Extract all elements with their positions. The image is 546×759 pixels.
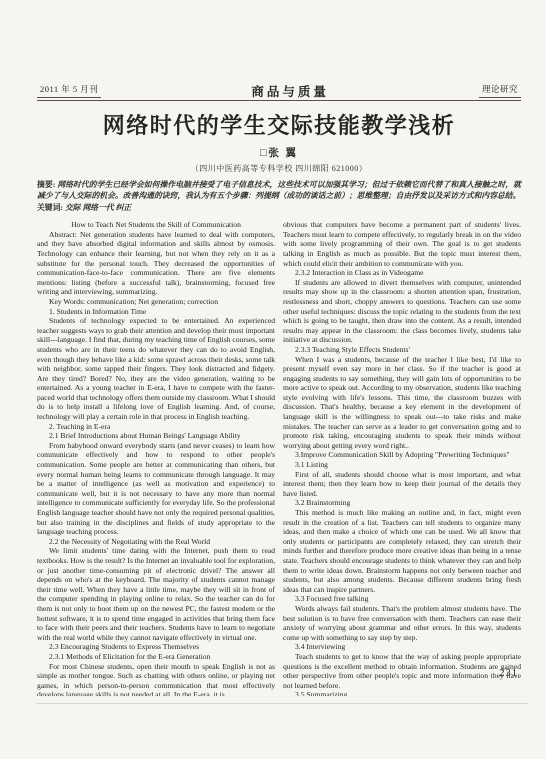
paragraph: 3.4 Interviewing xyxy=(283,642,521,652)
paragraph: Students of technology expected to be en… xyxy=(37,316,275,422)
paragraph: 1. Students in Information Time xyxy=(37,307,275,317)
paragraph: Teach students to get to know that the w… xyxy=(283,652,521,690)
paragraph: 2.3.1 Methods of Elicitation for the E-e… xyxy=(37,652,275,662)
keywords-text: 交际 网络一代 纠正 xyxy=(65,203,131,212)
abstract-label: 摘要: xyxy=(37,180,55,189)
left-column: How to Teach Net Students the Skill of C… xyxy=(37,220,275,696)
page-bottom-edge xyxy=(36,703,528,704)
keywords-label: 关键词: xyxy=(37,203,63,212)
paragraph: 3.Improve Communication Skill by Adoptin… xyxy=(283,450,521,460)
right-column: obvious that computers have become a per… xyxy=(283,220,521,696)
paragraph: 2.3.3 Teaching Style Effects Students' xyxy=(283,345,521,355)
keywords-line: 关键词: 交际 网络一代 纠正 xyxy=(37,202,521,213)
page-content: 2011 年 5 月刊 商品与质量 理论研究 网络时代的学生交际技能教学浅析 □… xyxy=(37,80,521,696)
article-title: 网络时代的学生交际技能教学浅析 xyxy=(37,109,521,140)
journal-issue: 2011 年 5 月刊 xyxy=(37,83,101,98)
author-affiliation: （四川中医药高等专科学校 四川绵阳 621000） xyxy=(37,163,521,174)
paragraph: Key Words: communication; Net generation… xyxy=(37,297,275,307)
paragraph: For most Chinese students, open their mo… xyxy=(37,662,275,697)
paragraph: 2.1 Brief Introductions about Human Bein… xyxy=(37,431,275,441)
journal-name: 商品与质量 xyxy=(251,82,329,100)
journal-section: 理论研究 xyxy=(479,83,521,98)
paragraph: From babyhood onward everybody starts (a… xyxy=(37,441,275,537)
paragraph: 2.3.2 Interaction in Class as in Videoga… xyxy=(283,268,521,278)
paragraph: 2. Teaching in E-era xyxy=(37,422,275,432)
paragraph: If students are allowed to divert themse… xyxy=(283,278,521,345)
paragraph: Words always fail students. That's the p… xyxy=(283,604,521,642)
paragraph: First of all, students should choose wha… xyxy=(283,470,521,499)
abstract-block: 摘要: 网络时代的学生已经学会如何操作电脑并接受了电子信息技术，这些技术可以加强… xyxy=(37,179,521,213)
paragraph: We limit students' time dating with the … xyxy=(37,546,275,642)
body-columns: How to Teach Net Students the Skill of C… xyxy=(37,220,521,696)
paragraph: This method is much like making an outli… xyxy=(283,508,521,594)
paragraph: How to Teach Net Students the Skill of C… xyxy=(37,220,275,230)
page-number: 231 xyxy=(499,668,518,679)
paragraph: When I was a students, because of the te… xyxy=(283,355,521,451)
paragraph: 2.3 Encouraging Students to Express Them… xyxy=(37,642,275,652)
paragraph: 3.3 Focused free talking xyxy=(283,594,521,604)
journal-header: 2011 年 5 月刊 商品与质量 理论研究 xyxy=(37,80,521,101)
scanned-page: 2011 年 5 月刊 商品与质量 理论研究 网络时代的学生交际技能教学浅析 □… xyxy=(0,0,546,759)
article-author: □张 翼 xyxy=(37,145,521,160)
paragraph: 3.5 Summarizing xyxy=(283,690,521,696)
paragraph: 3.2 Brainstorming xyxy=(283,498,521,508)
paragraph: 2.2 the Necessity of Negotiating with th… xyxy=(37,537,275,547)
abstract-text: 网络时代的学生已经学会如何操作电脑并接受了电子信息技术，这些技术可以加强其学习；… xyxy=(37,180,521,200)
paragraph: obvious that computers have become a per… xyxy=(283,220,521,268)
paragraph: Abstract: Net generation students have l… xyxy=(37,230,275,297)
paragraph: 3.1 Listing xyxy=(283,460,521,470)
